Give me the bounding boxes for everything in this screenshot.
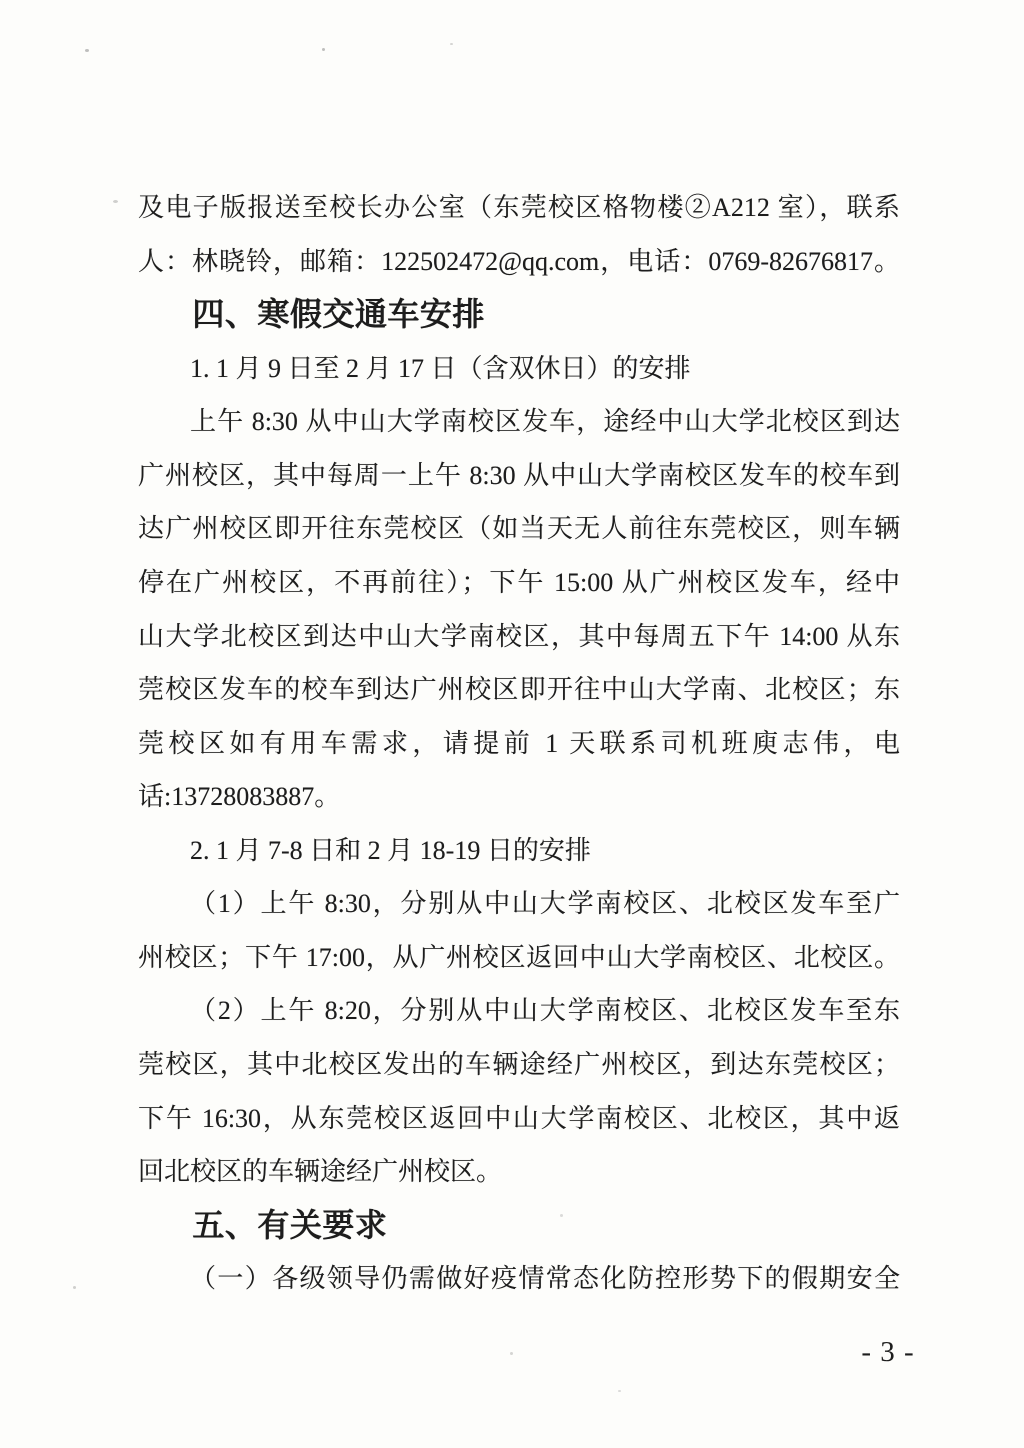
text-line: （1）上午 8:30，分别从中山大学南校区、北校区发车至广: [138, 877, 900, 931]
text-line: 莞校区，其中北校区发出的车辆途经广州校区，到达东莞校区；: [138, 1038, 900, 1092]
scan-speck: [510, 1352, 513, 1355]
scan-speck: [85, 49, 89, 52]
scan-speck: [113, 200, 118, 203]
text-line: 山大学北校区到达中山大学南校区，其中每周五下午 14:00 从东: [138, 610, 900, 664]
scan-speck: [450, 43, 453, 45]
scan-speck: [322, 48, 325, 51]
document-body: 及电子版报送至校长办公室（东莞校区格物楼②A212 室），联系人：林晓铃，邮箱：…: [138, 181, 900, 1306]
text-line: 莞校区如有用车需求，请提前 1 天联系司机班庾志伟，电: [138, 717, 900, 771]
text-line: 达广州校区即开往东莞校区（如当天无人前往东莞校区，则车辆: [138, 502, 900, 556]
scan-speck: [618, 1390, 621, 1392]
text-line: 下午 16:30，从东莞校区返回中山大学南校区、北校区，其中返: [138, 1092, 900, 1146]
scanned-document-page: 及电子版报送至校长办公室（东莞校区格物楼②A212 室），联系人：林晓铃，邮箱：…: [0, 0, 1024, 1448]
text-line: 州校区；下午 17:00，从广州校区返回中山大学南校区、北校区。: [138, 931, 900, 985]
section-heading: 五、有关要求: [138, 1199, 900, 1253]
text-line: 话:13728083887。: [138, 770, 900, 824]
text-line: 莞校区发车的校车到达广州校区即开往中山大学南、北校区；东: [138, 663, 900, 717]
text-line: 广州校区，其中每周一上午 8:30 从中山大学南校区发车的校车到: [138, 449, 900, 503]
text-line: （一）各级领导仍需做好疫情常态化防控形势下的假期安全: [138, 1252, 900, 1306]
text-line: （2）上午 8:20，分别从中山大学南校区、北校区发车至东: [138, 984, 900, 1038]
page-number: - 3 -: [828, 1332, 948, 1372]
text-line: 及电子版报送至校长办公室（东莞校区格物楼②A212 室），联系: [138, 181, 900, 235]
text-line: 2. 1 月 7-8 日和 2 月 18-19 日的安排: [138, 824, 900, 878]
scan-speck: [73, 1286, 76, 1289]
text-line: 停在广州校区，不再前往）；下午 15:00 从广州校区发车，经中: [138, 556, 900, 610]
text-line: 1. 1 月 9 日至 2 月 17 日（含双休日）的安排: [138, 342, 900, 396]
text-line: 回北校区的车辆途经广州校区。: [138, 1145, 900, 1199]
text-line: 人：林晓铃，邮箱：122502472@qq.com，电话：0769-826768…: [138, 235, 900, 289]
section-heading: 四、寒假交通车安排: [138, 288, 900, 342]
text-line: 上午 8:30 从中山大学南校区发车，途经中山大学北校区到达: [138, 395, 900, 449]
